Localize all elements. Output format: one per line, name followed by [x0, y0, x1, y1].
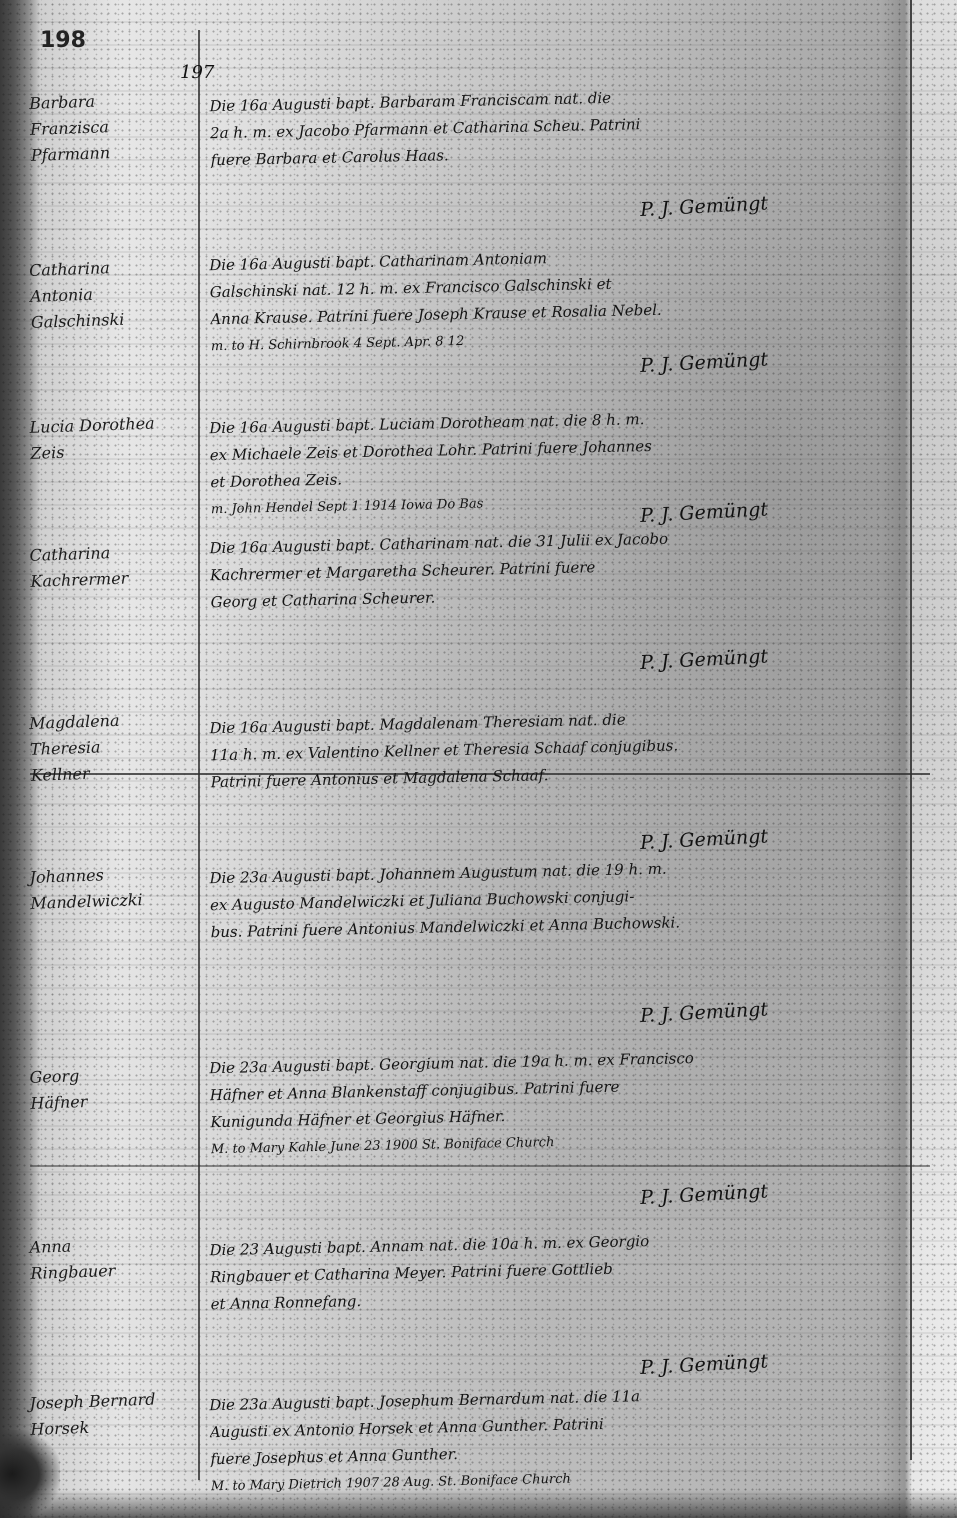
- register-page: 198 197 Barbara Franzisca Pfarmann Die 1…: [0, 0, 957, 1518]
- child-name: Catharina Kachrermer: [29, 537, 199, 595]
- child-name: Georg Häfner: [29, 1059, 199, 1117]
- entry-number: 197: [180, 62, 214, 83]
- entry-text: Die 23a Augusti bapt. Johannem Augustum …: [209, 851, 901, 946]
- child-name: Anna Ringbauer: [29, 1229, 199, 1287]
- page-number: 198: [40, 28, 86, 53]
- horizontal-rule: [30, 1165, 930, 1167]
- child-name: Barbara Franzisca Pfarmann: [29, 85, 200, 169]
- entry-text: Die 23a Augusti bapt. Georgium nat. die …: [209, 1041, 901, 1163]
- entry-text: Die 23a Augusti bapt. Josephum Bernardum…: [209, 1378, 901, 1500]
- entry-text: Die 16a Augusti bapt. Catharinam Antonia…: [209, 238, 901, 360]
- entry-text: Die 16a Augusti bapt. Magdalenam Theresi…: [209, 701, 901, 796]
- right-edge-rule: [910, 0, 912, 1460]
- scan-shadow: [0, 1490, 957, 1518]
- child-name: Magdalena Theresia Kellner: [29, 705, 200, 789]
- entry-text: Die 16a Augusti bapt. Catharinam nat. di…: [209, 521, 901, 616]
- child-name: Lucia Dorothea Zeis: [29, 409, 199, 467]
- entry-text: Die 16a Augusti bapt. Barbaram Francisca…: [209, 79, 901, 174]
- child-name: Johannes Mandelwiczki: [29, 859, 199, 917]
- child-name: Catharina Antonia Galschinski: [29, 252, 200, 336]
- entry-text: Die 23 Augusti bapt. Annam nat. die 10a …: [209, 1223, 901, 1318]
